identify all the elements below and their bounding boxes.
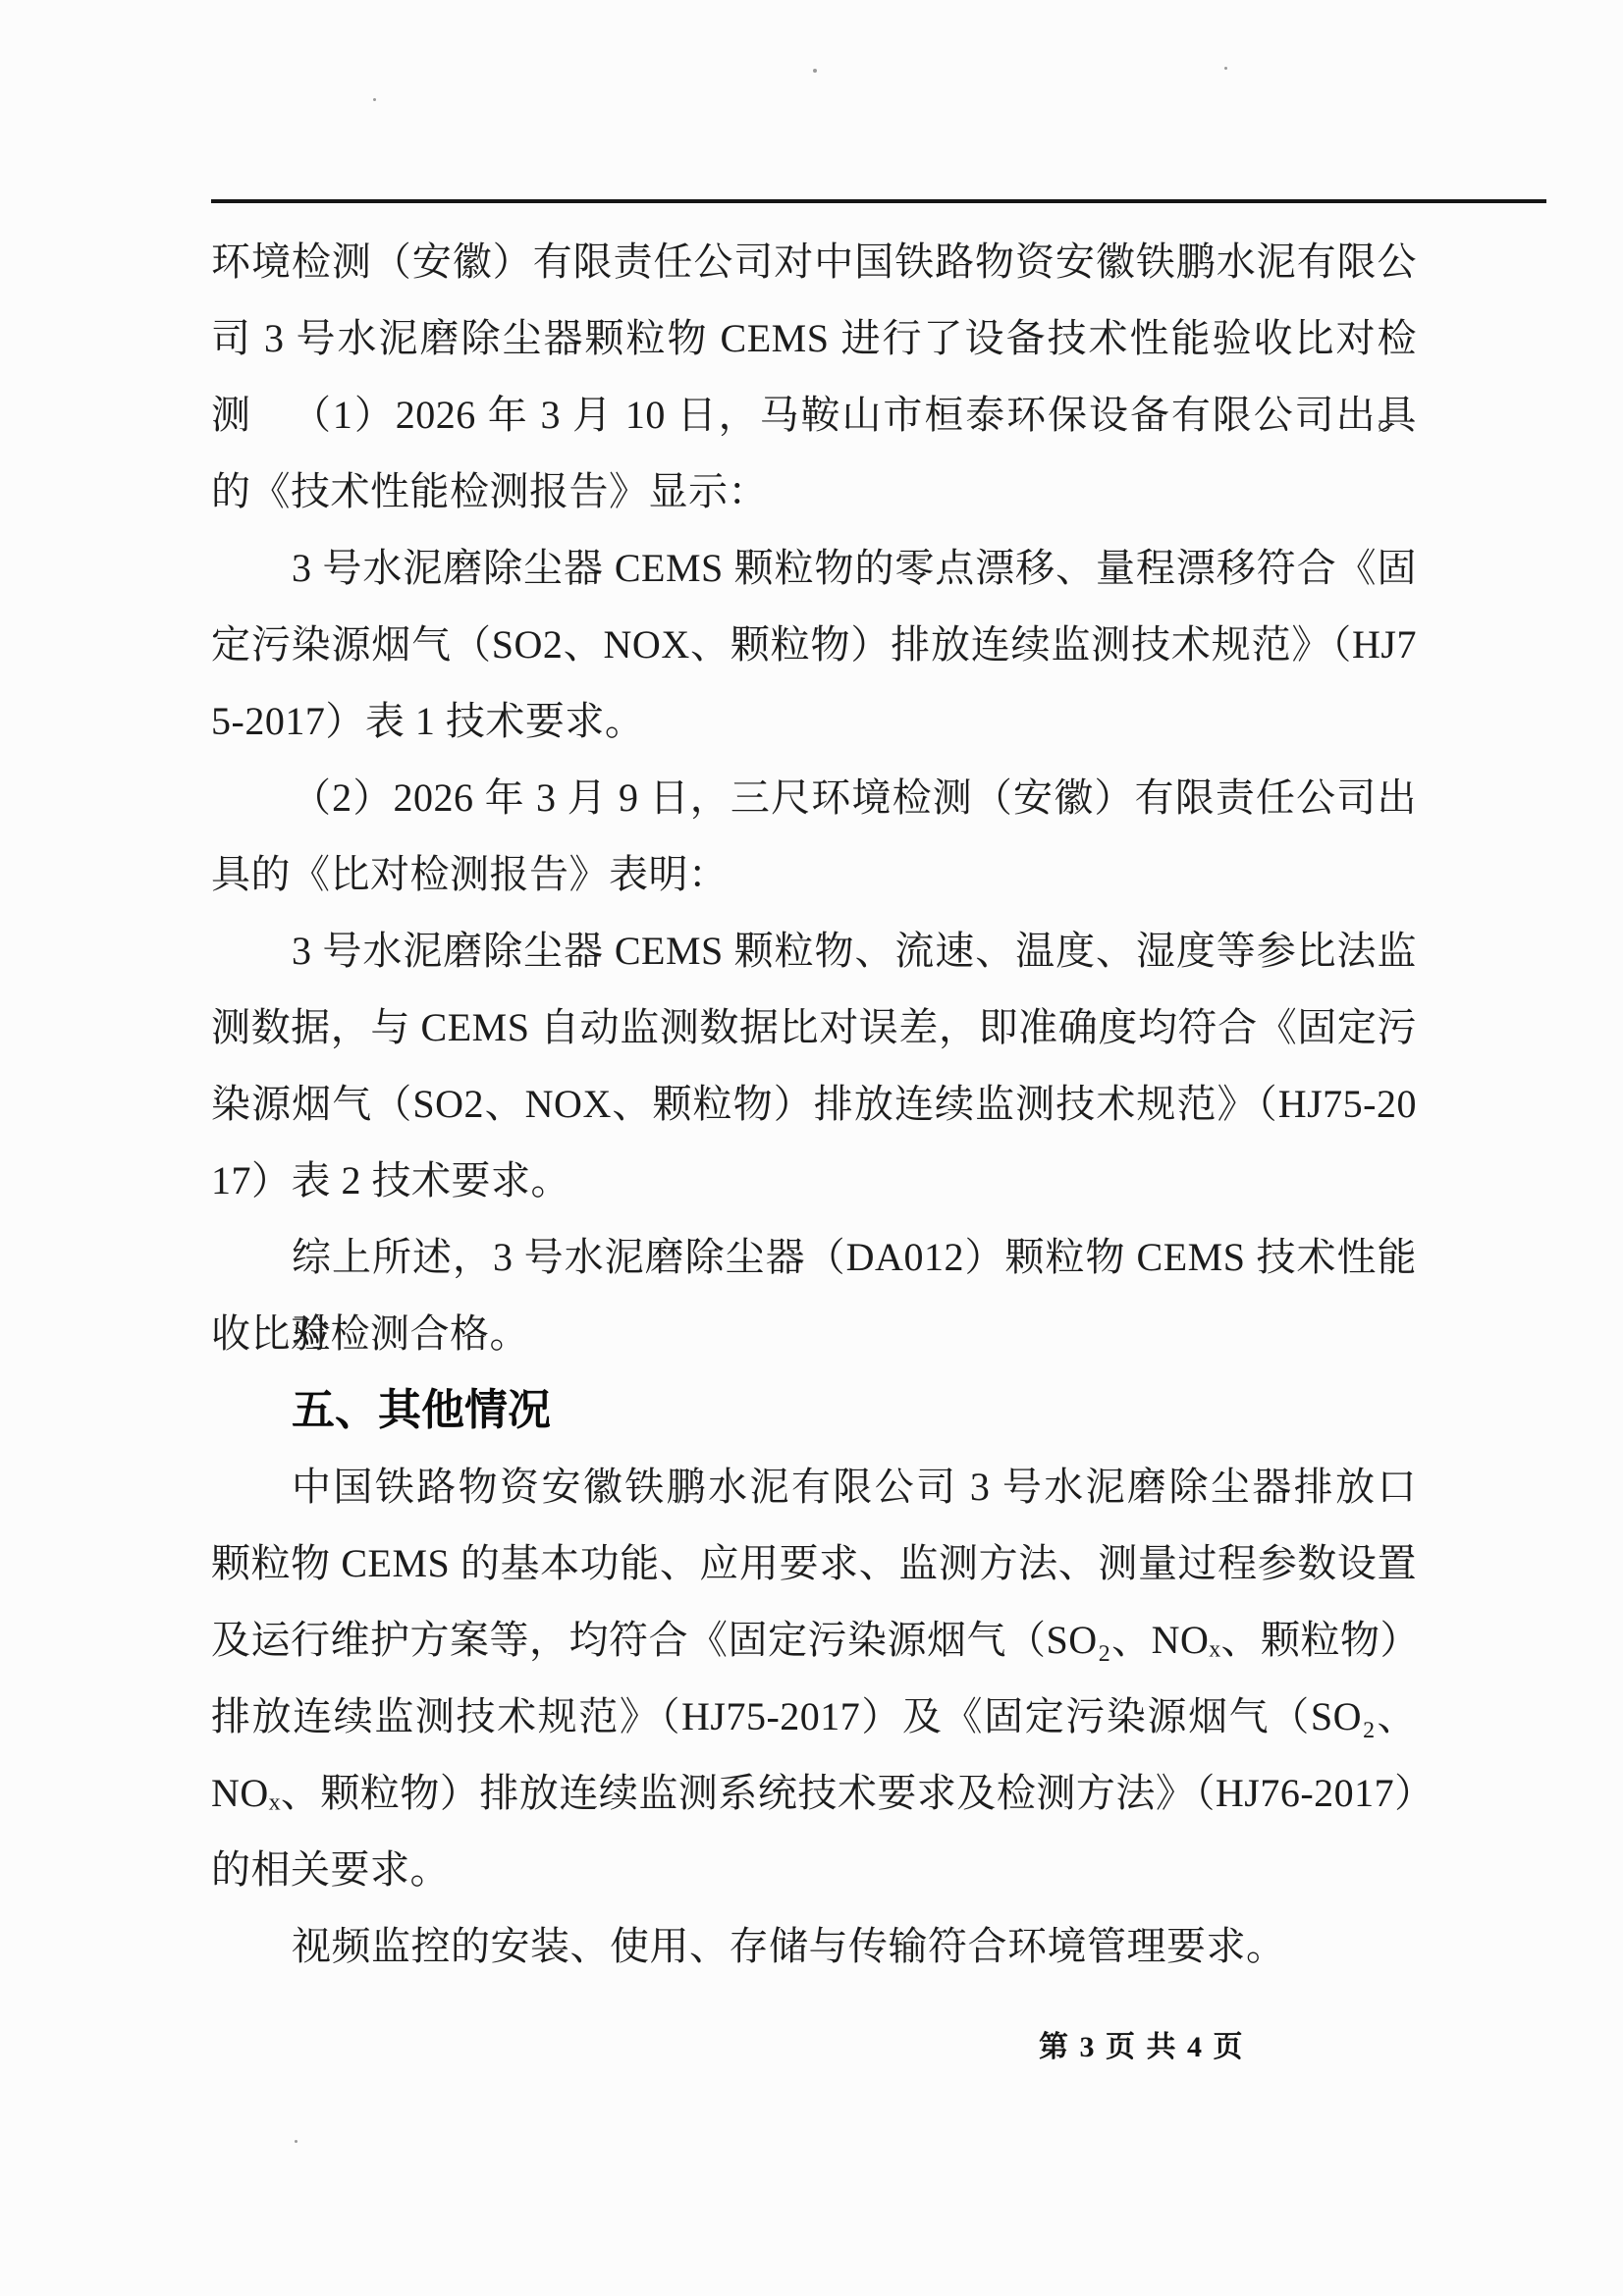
text-line: 的相关要求。 bbox=[211, 1832, 1417, 1908]
text-line: 3 号水泥磨除尘器 CEMS 颗粒物的零点漂移、量程漂移符合《固 bbox=[211, 530, 1417, 607]
text-block: 环境检测（安徽）有限责任公司对中国铁路物资安徽铁鹏水泥有限公司 3 号水泥磨除尘… bbox=[211, 224, 1417, 1985]
text-line: （2）2026 年 3 月 9 日，三尺环境检测（安徽）有限责任公司出 bbox=[211, 760, 1417, 836]
scan-noise-speck bbox=[813, 69, 817, 73]
text-line: 测数据，与 CEMS 自动监测数据比对误差，即准确度均符合《固定污 bbox=[211, 989, 1417, 1066]
text-line: 视频监控的安装、使用、存储与传输符合环境管理要求。 bbox=[211, 1908, 1417, 1985]
text-line: 17）表 2 技术要求。 bbox=[211, 1143, 1417, 1219]
text-line: 5-2017）表 1 技术要求。 bbox=[211, 683, 1417, 760]
text-line: NOₓ、颗粒物）排放连续监测系统技术要求及检测方法》（HJ76-2017） bbox=[211, 1755, 1417, 1832]
text-line: 染源烟气（SO2、NOX、颗粒物）排放连续监测技术规范》（HJ75-20 bbox=[211, 1066, 1417, 1143]
scan-noise-speck bbox=[746, 550, 749, 553]
scan-noise-speck bbox=[373, 98, 376, 101]
text-line: 中国铁路物资安徽铁鹏水泥有限公司 3 号水泥磨除尘器排放口 bbox=[211, 1449, 1417, 1525]
scan-noise-speck bbox=[295, 2140, 298, 2143]
text-line: 定污染源烟气（SO2、NOX、颗粒物）排放连续监测技术规范》（HJ7 bbox=[211, 607, 1417, 683]
page-footer: 第 3 页 共 4 页 bbox=[1039, 2028, 1274, 2067]
text-line: 及运行维护方案等，均符合《固定污染源烟气（SO₂、NOₓ、颗粒物） bbox=[211, 1602, 1417, 1679]
text-line: 的《技术性能检测报告》显示： bbox=[211, 454, 1417, 530]
text-line: 颗粒物 CEMS 的基本功能、应用要求、监测方法、测量过程参数设置 bbox=[211, 1525, 1417, 1602]
scan-divider-line bbox=[211, 199, 1546, 203]
section-heading: 五、其他情况 bbox=[211, 1372, 1417, 1449]
text-line: 收比对检测合格。 bbox=[211, 1296, 1417, 1372]
text-line: 排放连续监测技术规范》（HJ75-2017）及《固定污染源烟气（SO₂、 bbox=[211, 1679, 1417, 1755]
scanned-document-page: 环境检测（安徽）有限责任公司对中国铁路物资安徽铁鹏水泥有限公司 3 号水泥磨除尘… bbox=[0, 0, 1623, 2296]
text-line: 环境检测（安徽）有限责任公司对中国铁路物资安徽铁鹏水泥有限公 bbox=[211, 224, 1417, 300]
text-line: 司 3 号水泥磨除尘器颗粒物 CEMS 进行了设备技术性能验收比对检测。 bbox=[211, 300, 1417, 377]
scan-noise-speck bbox=[1224, 67, 1227, 70]
text-line: 综上所述，3 号水泥磨除尘器（DA012）颗粒物 CEMS 技术性能验 bbox=[211, 1219, 1417, 1296]
text-line: （1）2026 年 3 月 10 日，马鞍山市桓泰环保设备有限公司出具 bbox=[211, 377, 1417, 454]
text-line: 3 号水泥磨除尘器 CEMS 颗粒物、流速、温度、湿度等参比法监 bbox=[211, 913, 1417, 989]
text-line: 具的《比对检测报告》表明： bbox=[211, 836, 1417, 913]
